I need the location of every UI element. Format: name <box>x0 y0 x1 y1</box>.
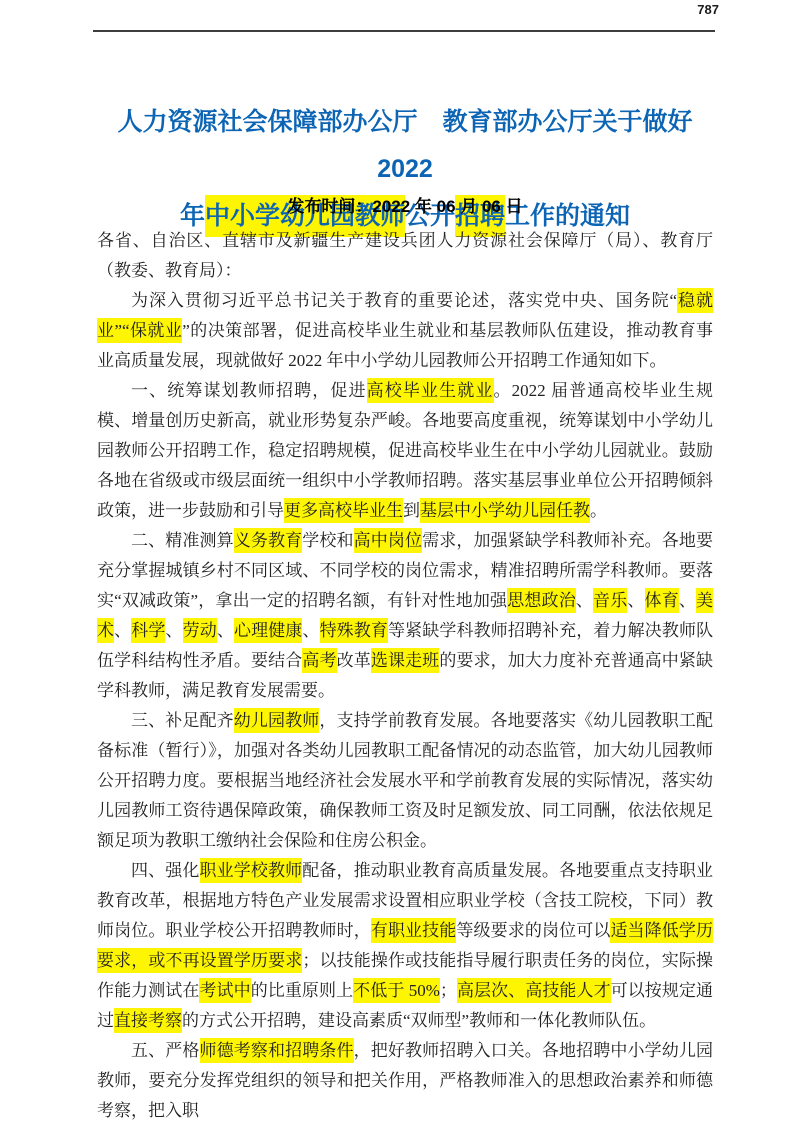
text-segment: 、 <box>217 621 234 640</box>
text-segment: ”的决策部署，促进高校毕业生就业和基层教师队伍建设，推动教育事业高质量发展，现就… <box>97 321 713 370</box>
text-segment: 。 <box>590 501 607 520</box>
text-segment: 到 <box>403 501 420 520</box>
text-segment: 一、统筹谋划教师招聘，促进 <box>131 381 367 400</box>
highlighted-text: 直接考察 <box>114 1008 182 1033</box>
text-segment: 、 <box>165 621 182 640</box>
document-body: 各省、自治区、直辖市及新疆生产建设兵团人力资源社会保障厅（局）、教育厅（教委、教… <box>97 226 713 1122</box>
highlighted-text: 音乐 <box>593 588 627 613</box>
highlighted-text: 特殊教育 <box>320 618 388 643</box>
text-segment: 人力资源社会保障部办公厅 教育部办公厅关于做好 2022 <box>117 108 692 183</box>
paragraph: 三、补足配齐幼儿园教师，支持学前教育发展。各地要落实《幼儿园教职工配备标准（暂行… <box>97 706 713 856</box>
highlighted-text: 选课走班 <box>371 648 439 673</box>
highlighted-text: 科学 <box>131 618 165 643</box>
highlighted-text: 幼儿园教师 <box>234 708 320 733</box>
header-rule <box>93 30 715 32</box>
document-page: 787 人力资源社会保障部办公厅 教育部办公厅关于做好 2022 年中小学幼儿园… <box>0 0 793 1122</box>
text-segment: 二、精准测算 <box>131 531 234 550</box>
paragraph: 为深入贯彻习近平总书记关于教育的重要论述，落实党中央、国务院“稳就业”“保就业”… <box>97 286 713 376</box>
highlighted-text: 考试中 <box>199 978 250 1003</box>
page-number: 787 <box>697 2 719 17</box>
highlighted-text: 义务教育 <box>234 528 303 553</box>
text-segment: 各省、自治区、直辖市及新疆生产建设兵团人力资源社会保障厅（局）、教育厅（教委、教… <box>97 231 713 280</box>
text-segment: 四、强化 <box>131 861 200 880</box>
highlighted-text: 不低于 50% <box>353 978 440 1003</box>
text-segment: 、 <box>679 591 696 610</box>
highlighted-text: 有职业技能 <box>371 918 457 943</box>
title-line-1: 人力资源社会保障部办公厅 教育部办公厅关于做好 2022 <box>97 99 713 193</box>
highlighted-text: 思想政治 <box>507 588 576 613</box>
paragraph: 五、严格师德考察和招聘条件，把好教师招聘入口关。各地招聘中小学幼儿园教师，要充分… <box>97 1036 713 1122</box>
highlighted-text: 高校毕业生就业 <box>367 378 494 403</box>
text-segment: ，支持学前教育发展。各地要落实《幼儿园教职工配备标准（暂行）》，加强对各类幼儿园… <box>97 711 713 850</box>
highlighted-text: 劳动 <box>183 618 217 643</box>
publish-date: 发布时间：2022 年 06 月 06 日 <box>97 194 713 220</box>
paragraph: 二、精准测算义务教育学校和高中岗位需求，加强紧缺学科教师补充。各地要充分掌握城镇… <box>97 526 713 706</box>
text-segment: 、 <box>302 621 319 640</box>
text-segment: 、 <box>627 591 644 610</box>
text-segment: 的比重原则上 <box>251 981 353 1000</box>
text-segment: 的方式公开招聘，建设高素质“双师型”教师和一体化教师队伍。 <box>182 1011 656 1030</box>
text-segment: 学校和 <box>302 531 353 550</box>
paragraph: 四、强化职业学校教师配备，推动职业教育高质量发展。各地要重点支持职业教育改革，根… <box>97 856 713 1036</box>
paragraph: 各省、自治区、直辖市及新疆生产建设兵团人力资源社会保障厅（局）、教育厅（教委、教… <box>97 226 713 286</box>
highlighted-text: 高考 <box>302 648 336 673</box>
text-segment: ； <box>440 981 457 1000</box>
highlighted-text: 高中岗位 <box>354 528 423 553</box>
text-segment: 改革 <box>337 651 371 670</box>
highlighted-text: 基层中小学幼儿园任教 <box>420 498 590 523</box>
text-segment: 、 <box>114 621 131 640</box>
text-segment: 等级要求的岗位可以 <box>456 921 610 940</box>
highlighted-text: 高层次、高技能人才 <box>457 978 611 1003</box>
highlighted-text: 更多高校毕业生 <box>284 498 403 523</box>
highlighted-text: 心理健康 <box>234 618 302 643</box>
highlighted-text: 体育 <box>645 588 679 613</box>
text-segment: 为深入贯彻习近平总书记关于教育的重要论述，落实党中央、国务院“ <box>131 291 677 310</box>
highlighted-text: 师德考察和招聘条件 <box>200 1038 354 1063</box>
highlighted-text: 职业学校教师 <box>200 858 303 883</box>
paragraph: 一、统筹谋划教师招聘，促进高校毕业生就业。2022 届普通高校毕业生规模、增量创… <box>97 376 713 526</box>
text-segment: 、 <box>576 591 593 610</box>
text-segment: 五、严格 <box>131 1041 200 1060</box>
text-segment: 三、补足配齐 <box>131 711 234 730</box>
